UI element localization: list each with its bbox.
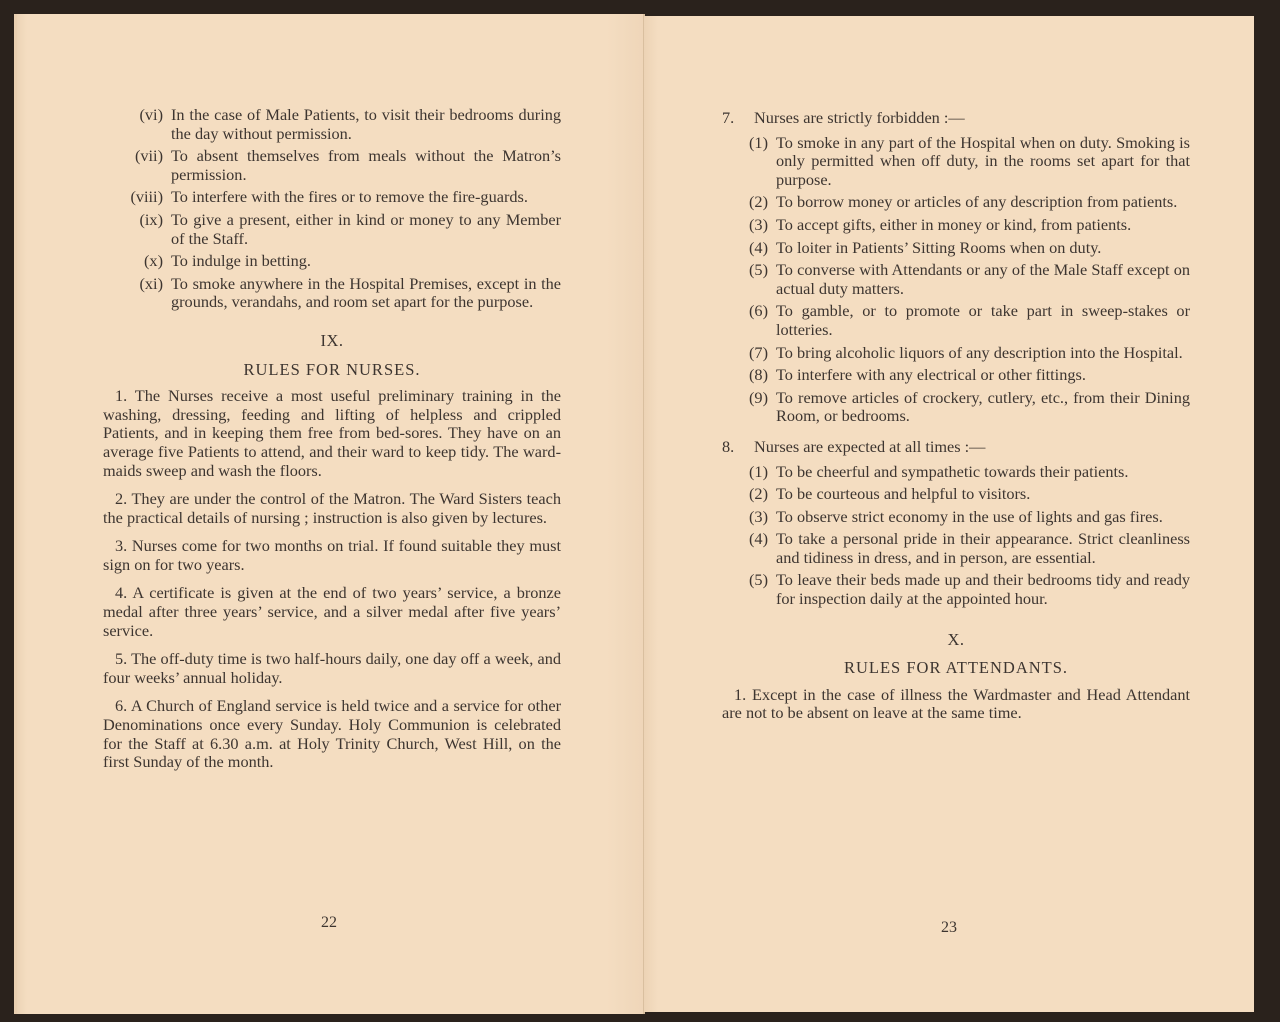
- paragraph: 1. Except in the case of illness the War…: [722, 686, 1190, 723]
- list-item: (5)To converse with Attendants or any of…: [722, 261, 1190, 298]
- paragraph: 5. The off-duty time is two half-hours d…: [103, 650, 561, 687]
- paragraph: 6. A Church of England service is held t…: [103, 697, 561, 771]
- list-item: (8)To interfere with any electrical or o…: [722, 366, 1190, 385]
- list-item: (3)To observe strict economy in the use …: [722, 508, 1190, 527]
- list-item: (viii)To interfere with the fires or to …: [103, 188, 561, 207]
- list-item: (9)To remove articles of crockery, cutle…: [722, 389, 1190, 426]
- right-page: 7.Nurses are strictly forbidden :— (1)To…: [644, 16, 1254, 1012]
- list-item: (7)To bring alcoholic liquors of any des…: [722, 344, 1190, 363]
- list-item: (4)To take a personal pride in their app…: [722, 530, 1190, 567]
- list-item: (vi)In the case of Male Patients, to vis…: [103, 106, 561, 143]
- list-item: (vii)To absent themselves from meals wit…: [103, 147, 561, 184]
- rule-8-lead: 8.Nurses are expected at all times :—: [722, 438, 1190, 457]
- list-item: (1)To smoke in any part of the Hospital …: [722, 134, 1190, 190]
- forbidden-list-continued: (vi)In the case of Male Patients, to vis…: [103, 106, 561, 312]
- page-number: 22: [321, 914, 337, 932]
- list-item: (1)To be cheerful and sympathetic toward…: [722, 463, 1190, 482]
- paragraph: 3. Nurses come for two months on trial. …: [103, 537, 561, 574]
- list-item: (2)To borrow money or articles of any de…: [722, 193, 1190, 212]
- paragraph: 1. The Nurses receive a most useful prel…: [103, 387, 561, 480]
- right-page-content: 7.Nurses are strictly forbidden :— (1)To…: [722, 109, 1190, 733]
- list-item: (ix)To give a present, either in kind or…: [103, 211, 561, 248]
- page-number: 23: [941, 919, 957, 937]
- section-title: RULES FOR ATTENDANTS.: [722, 659, 1190, 678]
- rule-8-list: (1)To be cheerful and sympathetic toward…: [722, 463, 1190, 609]
- paragraph: 4. A certificate is given at the end of …: [103, 584, 561, 640]
- rule-7-lead: 7.Nurses are strictly forbidden :—: [722, 109, 1190, 128]
- section-title: RULES FOR NURSES.: [103, 361, 561, 380]
- list-item: (x)To indulge in betting.: [103, 252, 561, 271]
- section-number: X.: [722, 631, 1190, 650]
- left-page: (vi)In the case of Male Patients, to vis…: [14, 14, 644, 1014]
- list-item: (5)To leave their beds made up and their…: [722, 571, 1190, 608]
- list-item: (3)To accept gifts, either in money or k…: [722, 216, 1190, 235]
- left-page-content: (vi)In the case of Male Patients, to vis…: [103, 106, 561, 782]
- list-item: (xi)To smoke anywhere in the Hospital Pr…: [103, 275, 561, 312]
- rule-7-list: (1)To smoke in any part of the Hospital …: [722, 134, 1190, 426]
- list-item: (4)To loiter in Patients’ Sitting Rooms …: [722, 239, 1190, 258]
- paragraph: 2. They are under the control of the Mat…: [103, 490, 561, 527]
- section-number: IX.: [103, 332, 561, 351]
- list-item: (6)To gamble, or to promote or take part…: [722, 302, 1190, 339]
- list-item: (2)To be courteous and helpful to visito…: [722, 485, 1190, 504]
